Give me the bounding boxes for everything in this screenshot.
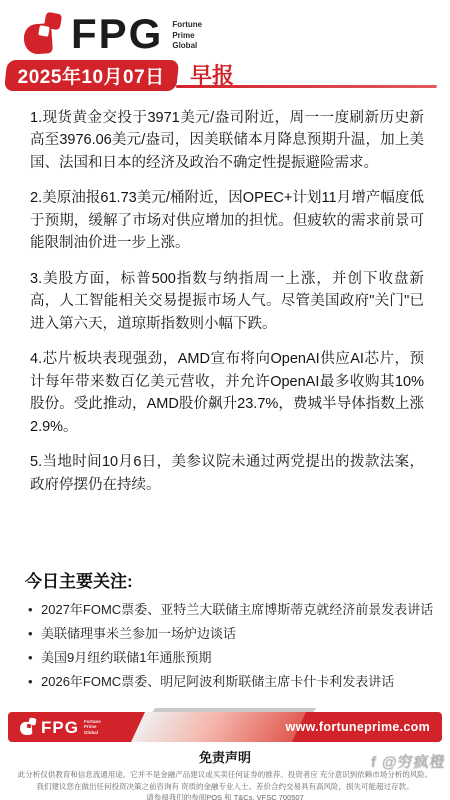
morning-report-page: FPG Fortune Prime Global 2025年10月07日 早报 … xyxy=(0,0,450,800)
footer-website-link[interactable]: www.fortuneprime.com xyxy=(286,720,430,734)
footer-fpg-logo-icon xyxy=(20,718,36,736)
header-divider xyxy=(176,85,437,88)
fpg-logo-icon xyxy=(24,12,62,56)
date-badge: 2025年10月07日 xyxy=(4,60,179,91)
focus-item-2: 美联储理事米兰参加一场炉边谈话 xyxy=(25,622,434,646)
disclaimer-line-2: 我们建议您在做出任何投资决策之前咨询有 资质的金融专业人士。差价合约交易具有高风… xyxy=(8,781,442,793)
focus-item-4: 2026年FOMC票委、明尼阿波利斯联储主席卡什卡利发表讲话 xyxy=(25,670,434,694)
fpg-logo-subtext: Fortune Prime Global xyxy=(172,20,202,51)
footer-fpg-logo: FPG Fortune Prime Global xyxy=(20,718,101,736)
footer-red-bar: FPG Fortune Prime Global www.fortuneprim… xyxy=(8,712,442,742)
footer-banner: FPG Fortune Prime Global www.fortuneprim… xyxy=(8,712,442,742)
news-briefs: 1.现货黄金交投于3971美元/盎司附近，周一一度刷新历史新高至3976.06美… xyxy=(30,107,424,509)
news-brief-4: 4.芯片板块表现强劲，AMD宣布将向OpenAI供应AI芯片，预计每年带来数百亿… xyxy=(30,348,424,438)
disclaimer-line-3: 请参阅我们的参阅POS 和 T&Cs. VFSC 700507 xyxy=(8,792,442,800)
fpg-logo: FPG Fortune Prime Global xyxy=(24,12,202,56)
focus-item-1: 2027年FOMC票委、亚特兰大联储主席博斯蒂克就经济前景发表讲话 xyxy=(25,598,434,622)
news-brief-2: 2.美原油报61.73美元/桶附近，因OPEC+计划11月增产幅度低于预期，缓解… xyxy=(30,187,424,254)
news-brief-1: 1.现货黄金交投于3971美元/盎司附近，周一一度刷新历史新高至3976.06美… xyxy=(30,107,424,174)
footer-fpg-logo-subtext: Fortune Prime Global xyxy=(84,719,101,736)
fpg-logo-text: FPG xyxy=(71,13,163,55)
news-brief-5: 5.当地时间10月6日，美参议院未通过两党提出的拨款法案，政府停摆仍在持续。 xyxy=(30,451,424,496)
watermark: f @穷疯橙 xyxy=(370,751,447,772)
focus-item-3: 美国9月纽约联储1年通胀预期 xyxy=(25,646,434,670)
footer-fpg-logo-text: FPG xyxy=(41,719,79,736)
focus-title: 今日主要关注: xyxy=(25,567,434,592)
todays-focus-section: 今日主要关注: 2027年FOMC票委、亚特兰大联储主席博斯蒂克就经济前景发表讲… xyxy=(25,567,434,694)
date-text: 2025年10月07日 xyxy=(18,62,165,89)
news-brief-3: 3.美股方面，标普500指数与纳指周一上涨，并创下收盘新高，人工智能相关交易提振… xyxy=(30,268,424,335)
